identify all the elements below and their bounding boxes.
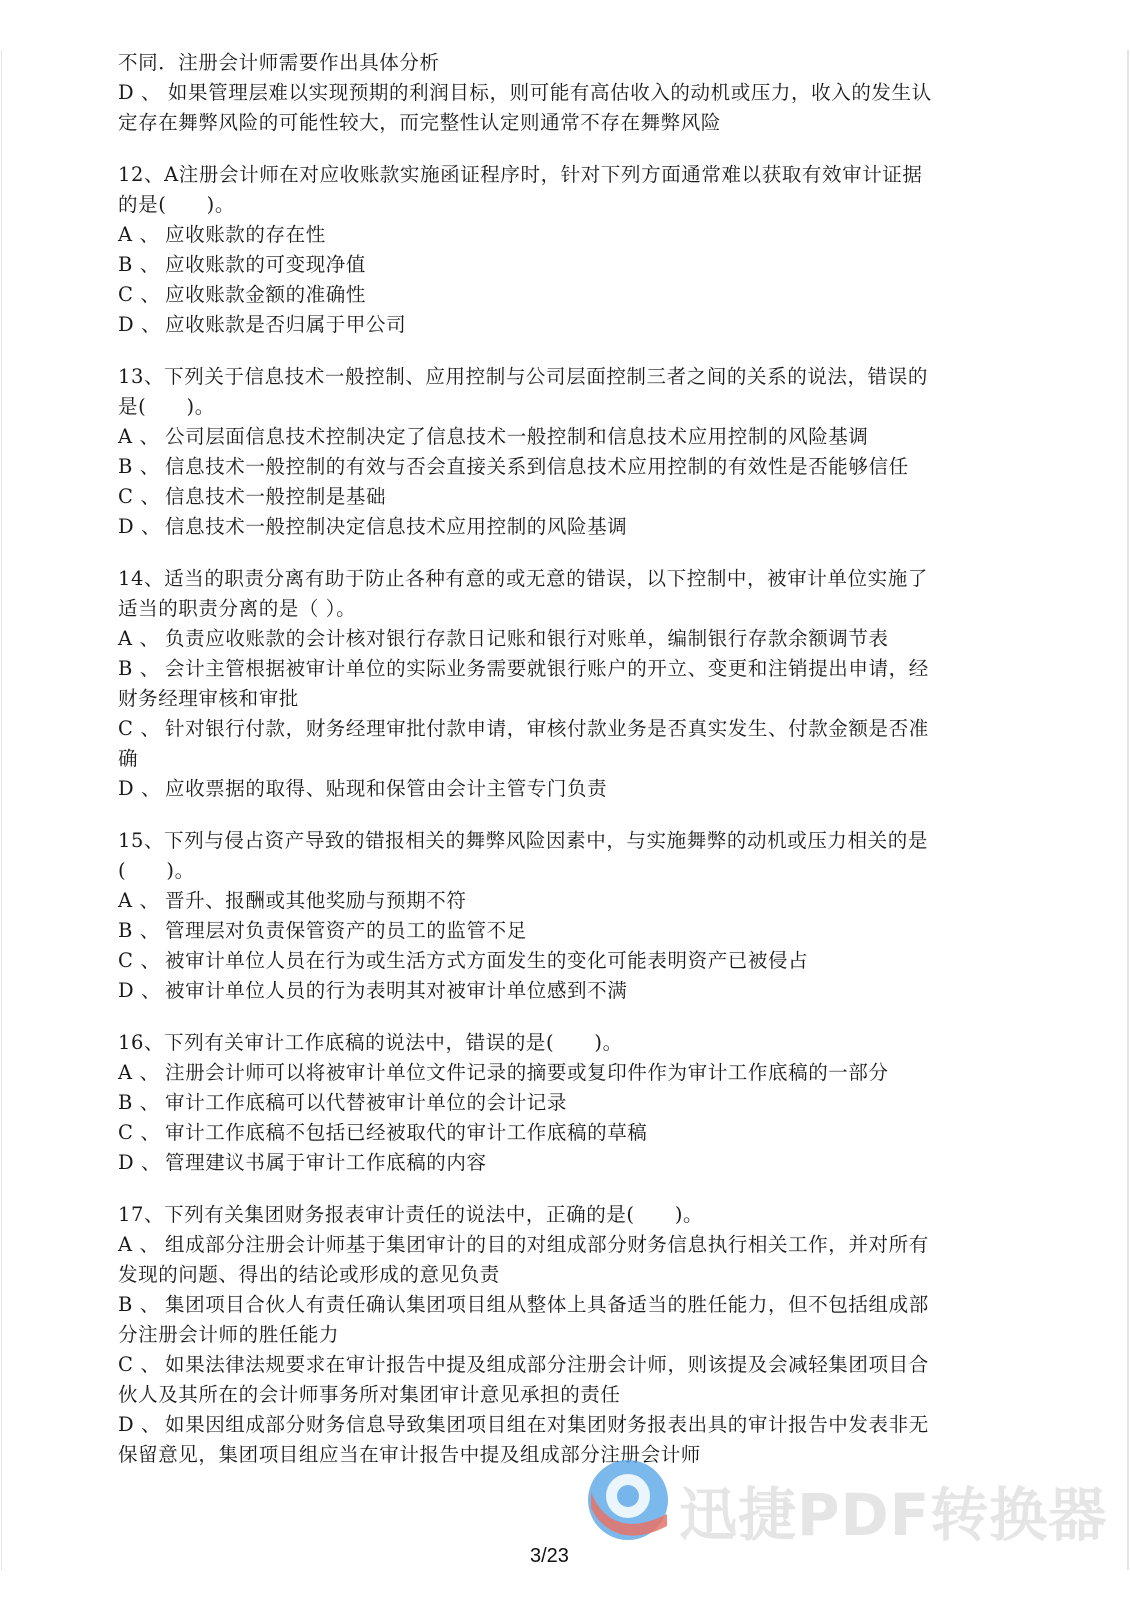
option-key: C 、 — [118, 482, 165, 512]
option-b: B 、审计工作底稿可以代替被审计单位的会计记录 — [118, 1088, 988, 1118]
document-body: 不同．注册会计师需要作出具体分析 D 、 如果管理层难以实现预期的利润目标，则可… — [118, 48, 988, 1470]
option-text: 信息技术一般控制决定信息技术应用控制的风险基调 — [165, 515, 627, 538]
option-text: 管理层对负责保管资产的员工的监管不足 — [165, 919, 527, 942]
option-d: D 、如果因组成部分财务信息导致集团项目组在对集团财务报表出具的审计报告中发表非… — [118, 1410, 988, 1440]
option-d: D 、被审计单位人员的行为表明其对被审计单位感到不满 — [118, 976, 988, 1006]
option-a: A 、负责应收账款的会计核对银行存款日记账和银行对账单，编制银行存款余额调节表 — [118, 624, 988, 654]
option-text: 公司层面信息技术控制决定了信息技术一般控制和信息技术应用控制的风险基调 — [165, 425, 869, 448]
option-key: C 、 — [118, 1118, 165, 1148]
option-key: C 、 — [118, 714, 165, 744]
page-number: 3/23 — [530, 1545, 569, 1568]
option-b: B 、信息技术一般控制的有效与否会直接关系到信息技术应用控制的有效性是否能够信任 — [118, 452, 988, 482]
option-text: 集团项目合伙人有责任确认集团项目组从整体上具备适当的胜任能力，但不包括组成部 — [165, 1293, 929, 1316]
question-stem: 13、下列关于信息技术一般控制、应用控制与公司层面控制三者之间的关系的说法，错误… — [118, 362, 988, 392]
question-stem: 适当的职责分离的是（ ）。 — [118, 594, 988, 624]
option-c: C 、应收账款金额的准确性 — [118, 280, 988, 310]
question-stem: 是( )。 — [118, 392, 988, 422]
option-b-continued: 财务经理审核和审批 — [118, 684, 988, 714]
option-text: 应收账款的存在性 — [165, 223, 326, 246]
option-a: A 、组成部分注册会计师基于集团审计的目的对组成部分财务信息执行相关工作，并对所… — [118, 1230, 988, 1260]
option-key: D 、 — [118, 976, 165, 1006]
option-a: A 、注册会计师可以将被审计单位文件记录的摘要或复印件作为审计工作底稿的一部分 — [118, 1058, 988, 1088]
option-text: 注册会计师可以将被审计单位文件记录的摘要或复印件作为审计工作底稿的一部分 — [165, 1061, 889, 1084]
question-stem: 的是( )。 — [118, 190, 988, 220]
option-text: 针对银行付款，财务经理审批付款申请，审核付款业务是否真实发生、付款金额是否准 — [165, 717, 929, 740]
option-d: D 、应收票据的取得、贴现和保管由会计主管专门负责 — [118, 774, 988, 804]
option-a: A 、公司层面信息技术控制决定了信息技术一般控制和信息技术应用控制的风险基调 — [118, 422, 988, 452]
option-key: A 、 — [118, 1058, 165, 1088]
option-key: B 、 — [118, 1290, 165, 1320]
option-text: 晋升、报酬或其他奖励与预期不符 — [165, 889, 467, 912]
option-text: 被审计单位人员在行为或生活方式方面发生的变化可能表明资产已被侵占 — [165, 949, 808, 972]
question-stem: 17、下列有关集团财务报表审计责任的说法中，正确的是( )。 — [118, 1200, 988, 1230]
page-edge-left — [1, 50, 2, 1570]
option-key: A 、 — [118, 624, 165, 654]
option-a: A 、应收账款的存在性 — [118, 220, 988, 250]
question-stem: 15、下列与侵占资产导致的错报相关的舞弊风险因素中，与实施舞弊的动机或压力相关的… — [118, 826, 988, 856]
text-line: 定存在舞弊风险的可能性较大，而完整性认定则通常不存在舞弊风险 — [118, 108, 988, 138]
question-14: 14、适当的职责分离有助于防止各种有意的或无意的错误，以下控制中，被审计单位实施… — [118, 564, 988, 804]
option-text: 负责应收账款的会计核对银行存款日记账和银行对账单，编制银行存款余额调节表 — [165, 627, 889, 650]
option-key: D 、 — [118, 1148, 165, 1178]
option-text: 管理建议书属于审计工作底稿的内容 — [165, 1151, 487, 1174]
option-key: D 、 — [118, 1410, 165, 1440]
option-key: D 、 — [118, 310, 165, 340]
converter-watermark: 迅捷PDF转换器 — [583, 1452, 1130, 1572]
option-b: B 、应收账款的可变现净值 — [118, 250, 988, 280]
question-16: 16、下列有关审计工作底稿的说法中，错误的是( )。 A 、注册会计师可以将被审… — [118, 1028, 988, 1178]
option-text: 被审计单位人员的行为表明其对被审计单位感到不满 — [165, 979, 627, 1002]
option-a-continued: 发现的问题、得出的结论或形成的意见负责 — [118, 1260, 988, 1290]
option-key: C 、 — [118, 280, 165, 310]
option-c-continued: 确 — [118, 744, 988, 774]
option-d: D 、应收账款是否归属于甲公司 — [118, 310, 988, 340]
question-13: 13、下列关于信息技术一般控制、应用控制与公司层面控制三者之间的关系的说法，错误… — [118, 362, 988, 542]
option-key: B 、 — [118, 452, 165, 482]
option-b: B 、管理层对负责保管资产的员工的监管不足 — [118, 916, 988, 946]
option-key: B 、 — [118, 250, 165, 280]
option-text: 应收账款是否归属于甲公司 — [165, 313, 406, 336]
option-text: 应收账款金额的准确性 — [165, 283, 366, 306]
option-text: 应收账款的可变现净值 — [165, 253, 366, 276]
option-key: C 、 — [118, 946, 165, 976]
option-text: 会计主管根据被审计单位的实际业务需要就银行账户的开立、变更和注销提出申请，经 — [165, 657, 929, 680]
question-stem: 14、适当的职责分离有助于防止各种有意的或无意的错误，以下控制中，被审计单位实施… — [118, 564, 988, 594]
option-d-continued: 保留意见，集团项目组应当在审计报告中提及组成部分注册会计师 — [118, 1440, 988, 1470]
option-a: A 、晋升、报酬或其他奖励与预期不符 — [118, 886, 988, 916]
option-c: C 、针对银行付款，财务经理审批付款申请，审核付款业务是否真实发生、付款金额是否… — [118, 714, 988, 744]
option-key: B 、 — [118, 654, 165, 684]
option-key: A 、 — [118, 422, 165, 452]
option-b: B 、集团项目合伙人有责任确认集团项目组从整体上具备适当的胜任能力，但不包括组成… — [118, 1290, 988, 1320]
page-edge-right — [1127, 50, 1129, 1570]
option-text: 组成部分注册会计师基于集团审计的目的对组成部分财务信息执行相关工作，并对所有 — [165, 1233, 929, 1256]
option-b: B 、会计主管根据被审计单位的实际业务需要就银行账户的开立、变更和注销提出申请，… — [118, 654, 988, 684]
option-key: B 、 — [118, 1088, 165, 1118]
option-d: D 、信息技术一般控制决定信息技术应用控制的风险基调 — [118, 512, 988, 542]
question-stem: ( )。 — [118, 856, 988, 886]
text-line: 不同．注册会计师需要作出具体分析 — [118, 48, 988, 78]
option-c: C 、被审计单位人员在行为或生活方式方面发生的变化可能表明资产已被侵占 — [118, 946, 988, 976]
option-text: 如果因组成部分财务信息导致集团项目组在对集团财务报表出具的审计报告中发表非无 — [165, 1413, 929, 1436]
previous-question-continuation: 不同．注册会计师需要作出具体分析 D 、 如果管理层难以实现预期的利润目标，则可… — [118, 48, 988, 138]
question-15: 15、下列与侵占资产导致的错报相关的舞弊风险因素中，与实施舞弊的动机或压力相关的… — [118, 826, 988, 1006]
option-c-continued: 伙人及其所在的会计师事务所对集团审计意见承担的责任 — [118, 1380, 988, 1410]
option-text: 如果法律法规要求在审计报告中提及组成部分注册会计师，则该提及会减轻集团项目合 — [165, 1353, 929, 1376]
option-key: D 、 — [118, 774, 165, 804]
question-12: 12、A注册会计师在对应收账款实施函证程序时，针对下列方面通常难以获取有效审计证… — [118, 160, 988, 340]
option-c: C 、信息技术一般控制是基础 — [118, 482, 988, 512]
text-line: D 、 如果管理层难以实现预期的利润目标，则可能有高估收入的动机或压力，收入的发… — [118, 78, 988, 108]
option-text: 审计工作底稿不包括已经被取代的审计工作底稿的草稿 — [165, 1121, 647, 1144]
option-text: 审计工作底稿可以代替被审计单位的会计记录 — [165, 1091, 567, 1114]
option-b-continued: 分注册会计师的胜任能力 — [118, 1320, 988, 1350]
option-key: C 、 — [118, 1350, 165, 1380]
question-stem: 16、下列有关审计工作底稿的说法中，错误的是( )。 — [118, 1028, 988, 1058]
option-key: A 、 — [118, 886, 165, 916]
option-c: C 、如果法律法规要求在审计报告中提及组成部分注册会计师，则该提及会减轻集团项目… — [118, 1350, 988, 1380]
option-key: A 、 — [118, 1230, 165, 1260]
question-stem: 12、A注册会计师在对应收账款实施函证程序时，针对下列方面通常难以获取有效审计证… — [118, 160, 988, 190]
question-17: 17、下列有关集团财务报表审计责任的说法中，正确的是( )。 A 、组成部分注册… — [118, 1200, 988, 1470]
option-key: A 、 — [118, 220, 165, 250]
option-text: 信息技术一般控制是基础 — [165, 485, 386, 508]
option-text: 应收票据的取得、贴现和保管由会计主管专门负责 — [165, 777, 607, 800]
option-d: D 、管理建议书属于审计工作底稿的内容 — [118, 1148, 988, 1178]
option-key: B 、 — [118, 916, 165, 946]
option-key: D 、 — [118, 512, 165, 542]
option-c: C 、审计工作底稿不包括已经被取代的审计工作底稿的草稿 — [118, 1118, 988, 1148]
option-text: 信息技术一般控制的有效与否会直接关系到信息技术应用控制的有效性是否能够信任 — [165, 455, 909, 478]
watermark-text: 迅捷PDF转换器 — [679, 1468, 1107, 1552]
